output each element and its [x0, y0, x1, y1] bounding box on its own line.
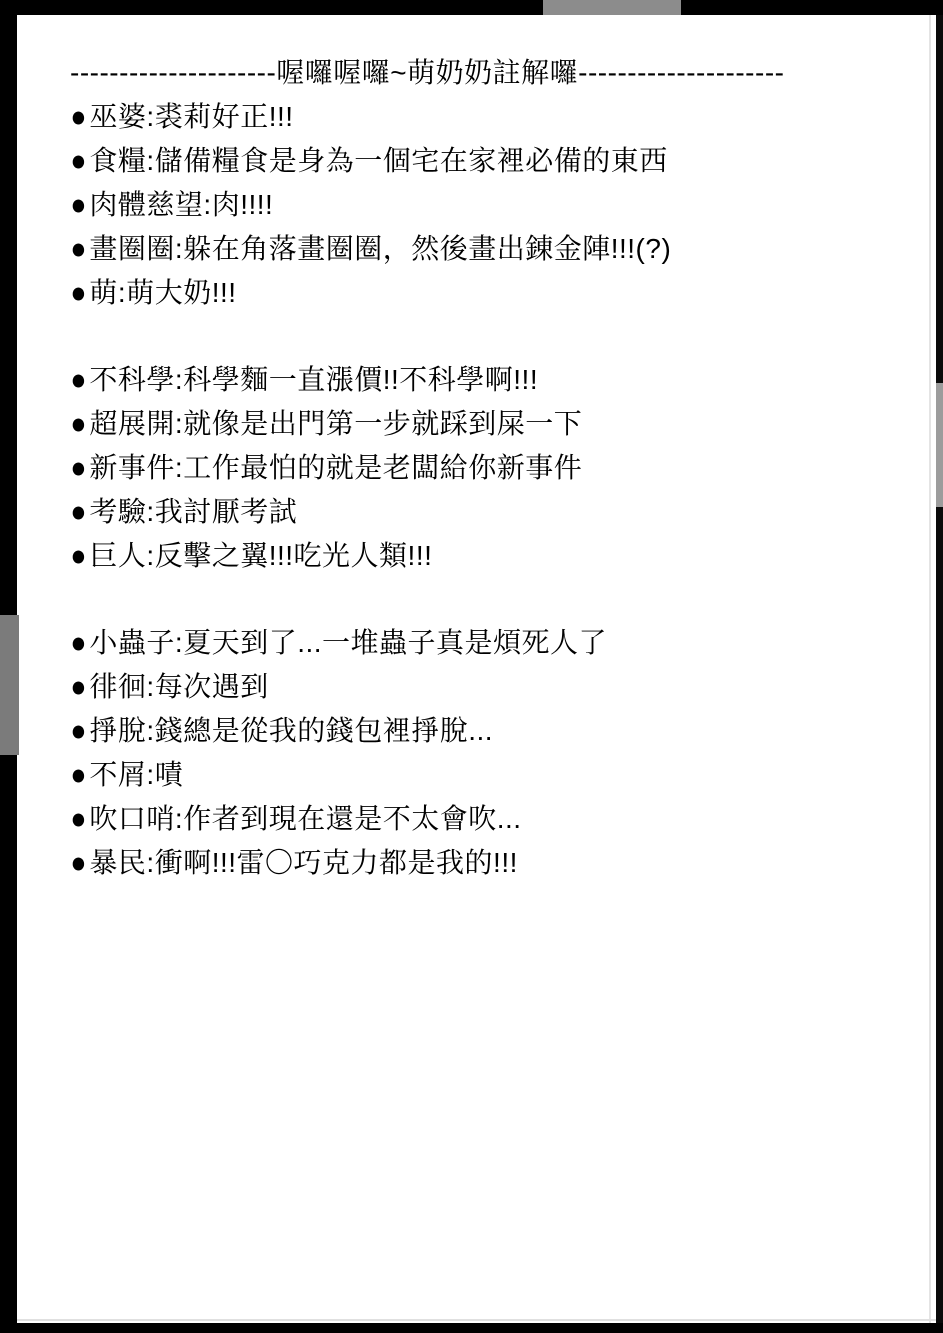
note-item: ●畫圈圈:躲在角落畫圈圈，然後畫出錬金陣!!!(?) [70, 227, 870, 271]
bullet-marker-icon: ● [70, 707, 87, 755]
note-item: ●小蟲子:夏天到了...一堆蟲子真是煩死人了 [70, 621, 870, 665]
note-text: 巨人:反擊之翼!!!吃光人類!!! [89, 540, 432, 571]
bullet-marker-icon: ● [70, 488, 87, 536]
note-item: ●徘徊:每次遇到 [70, 665, 870, 709]
note-text: 不科學:科學麵一直漲價!!不科學啊!!! [89, 364, 538, 395]
note-text: 吹口哨:作者到現在還是不太會吹... [89, 803, 521, 834]
note-item: ●吹口哨:作者到現在還是不太會吹... [70, 797, 870, 841]
note-item: ●不科學:科學麵一直漲價!!不科學啊!!! [70, 358, 870, 402]
group-spacer [70, 578, 870, 621]
group-spacer [70, 315, 870, 358]
bullet-marker-icon: ● [70, 795, 87, 843]
bullet-marker-icon: ● [70, 225, 87, 273]
note-text: 超展開:就像是出門第一步就踩到屎一下 [89, 408, 582, 439]
bullet-marker-icon: ● [70, 93, 87, 141]
note-text: 不屑:嘖 [89, 759, 183, 790]
bullet-marker-icon: ● [70, 400, 87, 448]
note-text: 新事件:工作最怕的就是老闆給你新事件 [89, 452, 582, 483]
right-gray-scan-block [936, 383, 943, 507]
bullet-marker-icon: ● [70, 269, 87, 317]
note-text: 食糧:儲備糧食是身為一個宅在家裡必備的東西 [89, 145, 667, 176]
top-gray-scan-block [543, 0, 681, 15]
note-item: ●萌:萌大奶!!! [70, 271, 870, 315]
bullet-marker-icon: ● [70, 181, 87, 229]
notes-content: ---------------------喔囉喔囉~萌奶奶註解囉--------… [70, 51, 870, 885]
right-black-strip [936, 15, 943, 1333]
bottom-black-bar [0, 1323, 943, 1333]
note-text: 掙脫:錢總是從我的錢包裡掙脫... [89, 715, 493, 746]
bullet-marker-icon: ● [70, 444, 87, 492]
scanned-notes-page: ---------------------喔囉喔囉~萌奶奶註解囉--------… [0, 0, 943, 1333]
notes-title: ---------------------喔囉喔囉~萌奶奶註解囉--------… [70, 51, 870, 95]
note-text: 肉體慈望:肉!!!! [89, 189, 273, 220]
note-item: ●暴民:衝啊!!!雷〇巧克力都是我的!!! [70, 841, 870, 885]
note-item: ●不屑:嘖 [70, 753, 870, 797]
top-black-bar [0, 0, 943, 15]
note-item: ●超展開:就像是出門第一步就踩到屎一下 [70, 402, 870, 446]
note-item: ●食糧:儲備糧食是身為一個宅在家裡必備的東西 [70, 139, 870, 183]
note-text: 考驗:我討厭考試 [89, 496, 297, 527]
note-text: 徘徊:每次遇到 [89, 671, 268, 702]
bullet-marker-icon: ● [70, 532, 87, 580]
bullet-marker-icon: ● [70, 751, 87, 799]
note-item: ●掙脫:錢總是從我的錢包裡掙脫... [70, 709, 870, 753]
bullet-marker-icon: ● [70, 619, 87, 667]
note-text: 畫圈圈:躲在角落畫圈圈，然後畫出錬金陣!!!(?) [89, 233, 671, 264]
bullet-marker-icon: ● [70, 839, 87, 887]
note-item: ●考驗:我討厭考試 [70, 490, 870, 534]
note-item: ●肉體慈望:肉!!!! [70, 183, 870, 227]
page-edge-shadow-bottom [17, 1319, 936, 1321]
page-edge-shadow-right [929, 15, 931, 1323]
note-text: 萌:萌大奶!!! [89, 277, 236, 308]
bullet-marker-icon: ● [70, 137, 87, 185]
note-text: 巫婆:裘莉好正!!! [89, 101, 293, 132]
bullet-marker-icon: ● [70, 356, 87, 404]
left-gray-scan-block [0, 615, 19, 755]
note-item: ●新事件:工作最怕的就是老闆給你新事件 [70, 446, 870, 490]
note-text: 小蟲子:夏天到了...一堆蟲子真是煩死人了 [89, 627, 607, 658]
note-text: 暴民:衝啊!!!雷〇巧克力都是我的!!! [89, 847, 517, 878]
bullet-marker-icon: ● [70, 663, 87, 711]
note-item: ●巨人:反擊之翼!!!吃光人類!!! [70, 534, 870, 578]
note-item: ●巫婆:裘莉好正!!! [70, 95, 870, 139]
